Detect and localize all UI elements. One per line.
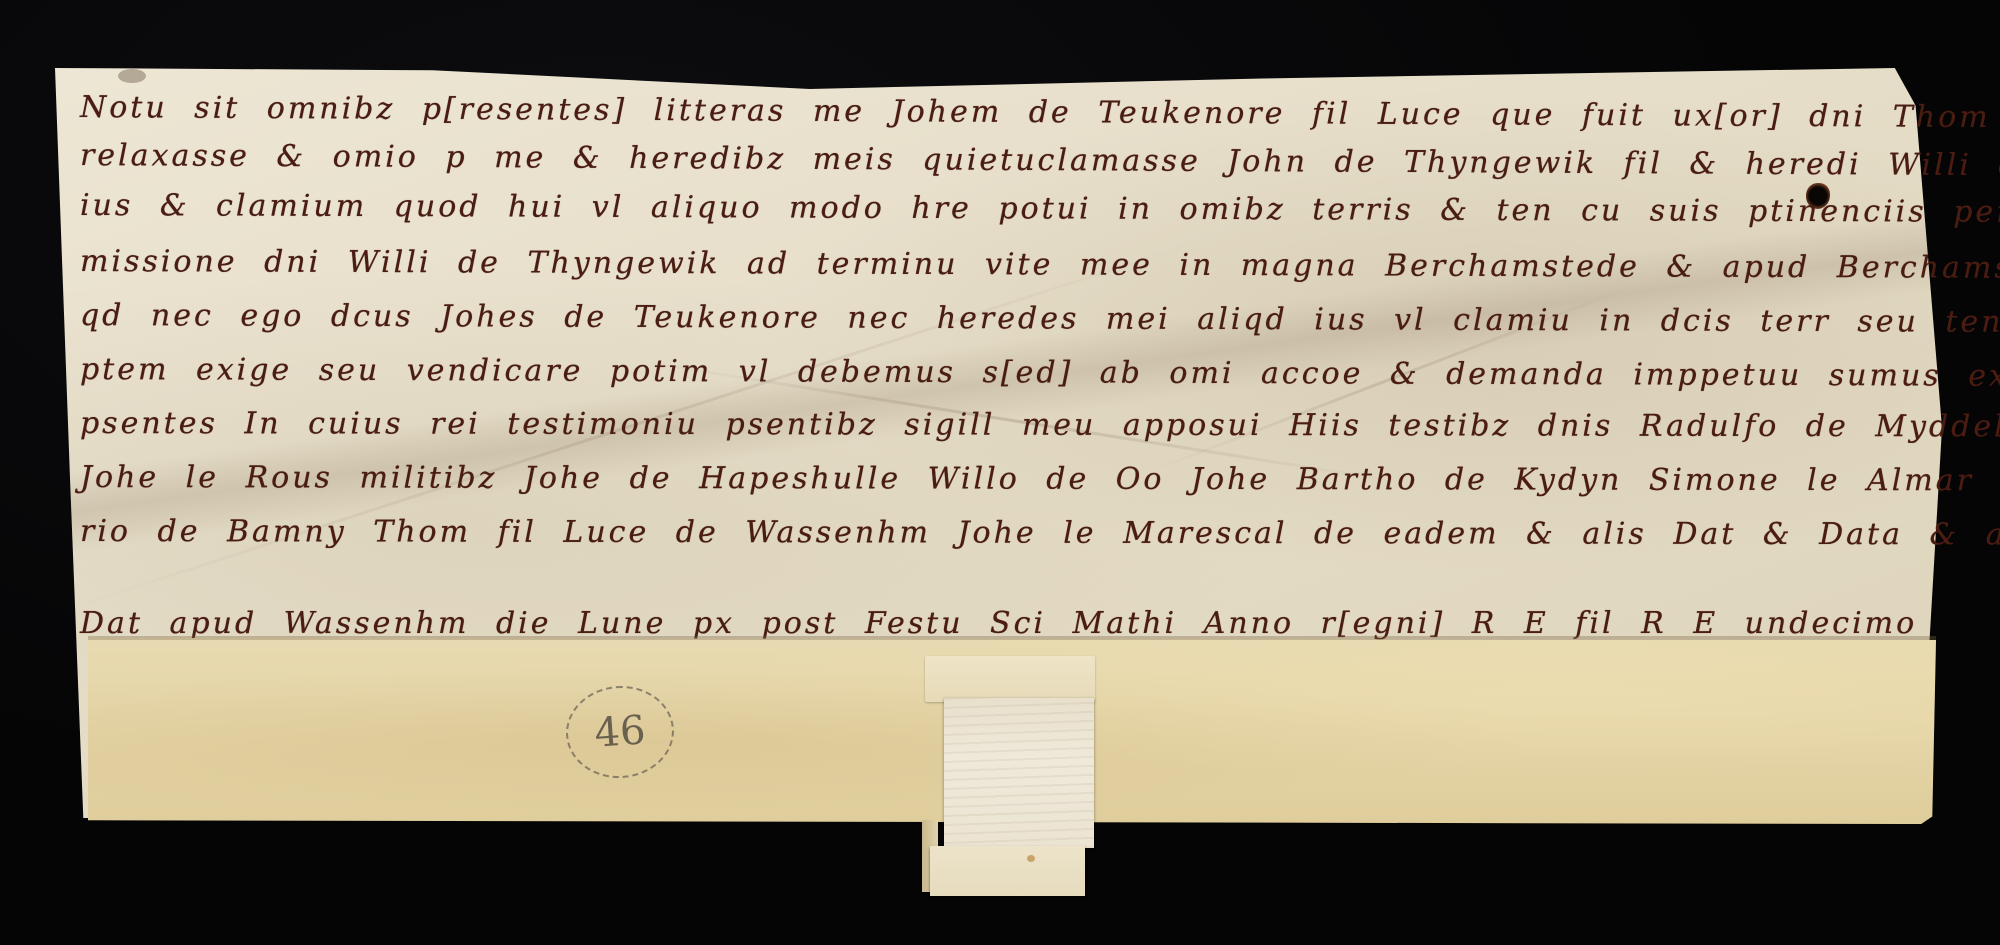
archive-number: 46 [593, 707, 647, 756]
text-line-7: psentes In cuius rei testimoniu psentibz… [80, 406, 2000, 445]
text-line-6: ptem exige seu vendicare potim vl debemu… [80, 352, 2000, 394]
seal-tag-stain [1027, 855, 1035, 862]
parchment-sheet: Notu sit omnibz p[resentes] litteras me … [0, 0, 2000, 945]
seal-tag-fold [925, 656, 1095, 702]
text-line-9: rio de Bamny Thom fil Luce de Wassenhm J… [80, 514, 2000, 552]
seal-tag-end [930, 846, 1085, 896]
text-line-8: Johe le Rous militibz Johe de Hapeshulle… [80, 460, 1974, 498]
charter-photograph: Notu sit omnibz p[resentes] litteras me … [0, 0, 2000, 945]
text-line-4: missione dni Willi de Thyngewik ad termi… [80, 244, 2000, 286]
seal-tag [944, 698, 1094, 848]
text-line-5: qd nec ego dcus Johes de Teukenore nec h… [80, 298, 2000, 340]
corner-stain [118, 69, 146, 83]
